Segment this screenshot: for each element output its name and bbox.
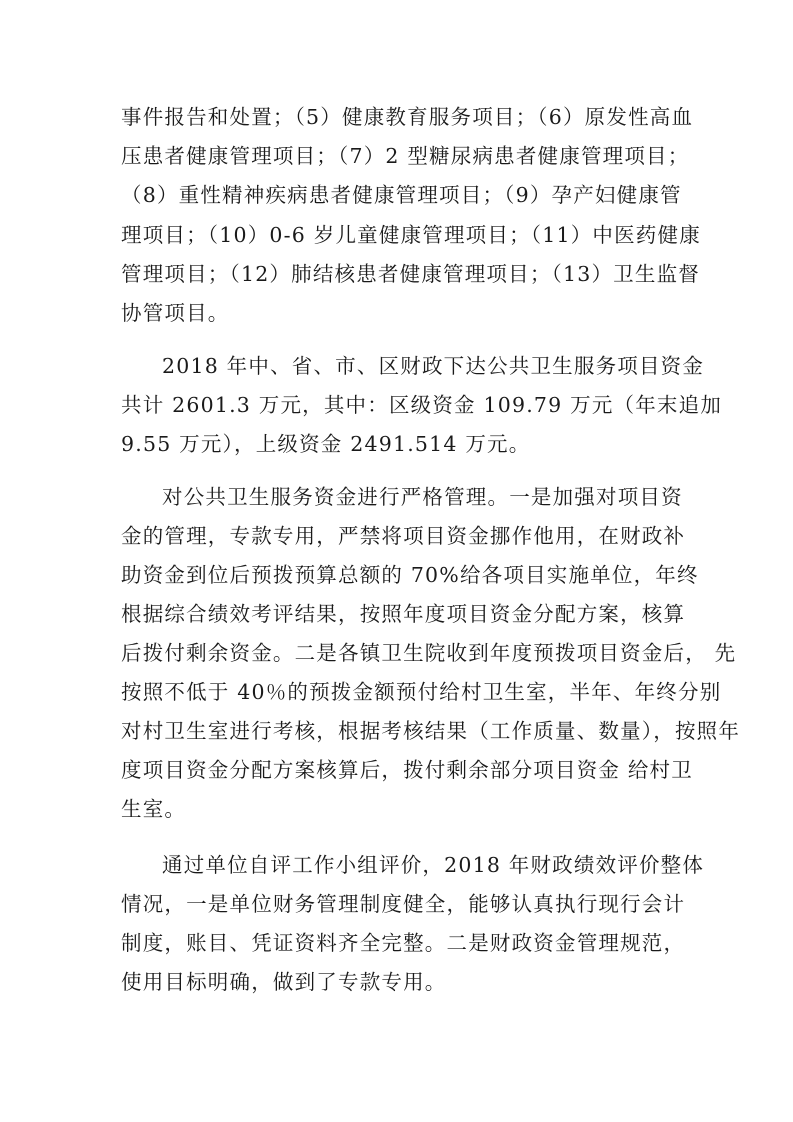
- text-line: 管理项目；（12）肺结核患者健康管理项目；（13）卫生监督: [121, 261, 701, 287]
- text-line: 助资金到位后预拨预算总额的 70%给各项目实施单位，年终: [121, 562, 701, 588]
- text-line: 2018 年中、省、市、区财政下达公共卫生服务项目资金: [162, 353, 742, 379]
- text-line: 对公共卫生服务资金进行严格管理。一是加强对项目资: [162, 484, 742, 510]
- text-line: 压患者健康管理项目；（7）2 型糖尿病患者健康管理项目；: [121, 143, 701, 169]
- text-line: 对村卫生室进行考核，根据考核结果（工作质量、数量），按照年: [121, 718, 701, 744]
- text-line: 9.55 万元），上级资金 2491.514 万元。: [121, 431, 701, 457]
- text-line: 情况，一是单位财务管理制度健全，能够认真执行现行会计: [121, 891, 701, 917]
- text-line: 使用目标明确，做到了专款专用。: [121, 969, 701, 995]
- text-line: 生室。: [121, 796, 701, 822]
- text-line: （8）重性精神疾病患者健康管理项目；（9）孕产妇健康管: [121, 182, 701, 208]
- text-line: 事件报告和处置；（5）健康教育服务项目；（6）原发性高血: [121, 104, 701, 130]
- text-line: 共计 2601.3 万元，其中：区级资金 109.79 万元（年末追加: [121, 392, 701, 418]
- text-line: 按照不低于 40％的预拨金额预付给村卫生室，半年、年终分别: [121, 679, 701, 705]
- text-line: 根据综合绩效考评结果，按照年度项目资金分配方案，核算: [121, 601, 701, 627]
- text-line: 制度，账目、凭证资料齐全完整。二是财政资金管理规范，: [121, 930, 701, 956]
- text-line: 金的管理，专款专用，严禁将项目资金挪作他用，在财政补: [121, 523, 701, 549]
- text-line: 通过单位自评工作小组评价，2018 年财政绩效评价整体: [162, 852, 742, 878]
- text-line: 后拨付剩余资金。二是各镇卫生院收到年度预拨项目资金后， 先: [121, 640, 701, 666]
- document-page: 事件报告和处置；（5）健康教育服务项目；（6）原发性高血 压患者健康管理项目；（…: [0, 0, 793, 1122]
- text-line: 理项目；（10）0-6 岁儿童健康管理项目；（11）中医药健康: [121, 222, 701, 248]
- text-line: 度项目资金分配方案核算后，拨付剩余部分项目资金 给村卫: [121, 757, 701, 783]
- text-line: 协管项目。: [121, 300, 701, 326]
